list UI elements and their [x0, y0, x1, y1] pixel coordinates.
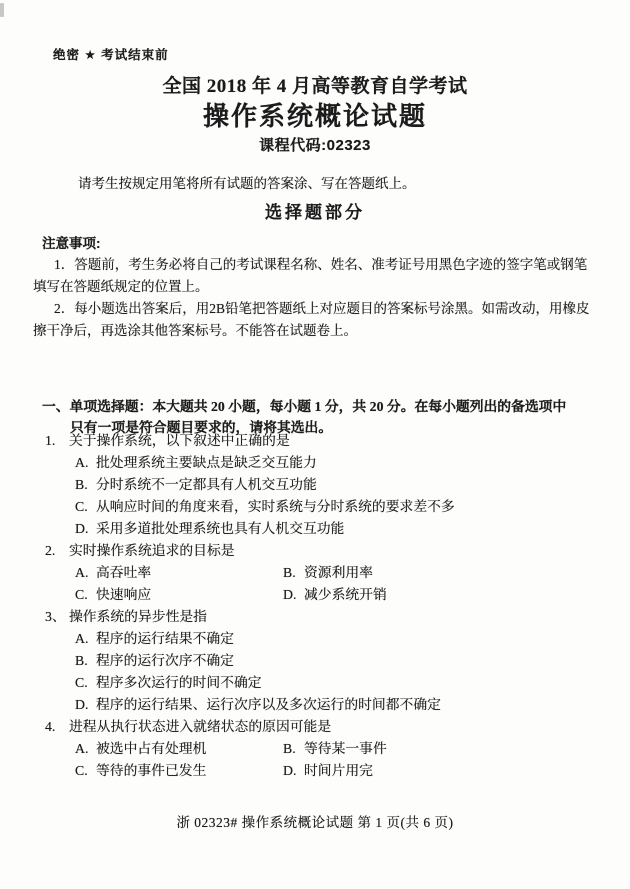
question-text: 操作系统的异步性是指 [69, 609, 207, 624]
question-text: 进程从执行状态进入就绪状态的原因可能是 [69, 719, 331, 734]
question-number: 1. [45, 430, 69, 452]
note-item: 2．每小题选出答案后，用2B铅笔把答题纸上对应题目的答案标号涂黑。如需改动，用橡… [33, 298, 595, 342]
page-footer: 浙 02323# 操作系统概论试题 第 1 页(共 6 页) [0, 811, 630, 831]
secrecy-label: 绝密 ★ 考试结束前 [53, 45, 169, 63]
part-title: 选择题部分 [0, 198, 630, 223]
option-text: 被选中占有处理机 [96, 741, 206, 756]
exam-paper-page: 绝密 ★ 考试结束前 全国 2018 年 4 月高等教育自学考试 操作系统概论试… [0, 0, 630, 889]
option: A.程序的运行结果不确定 [0, 628, 630, 650]
option-text: 程序的运行结果不确定 [96, 631, 234, 646]
option-text: 快速响应 [96, 587, 151, 602]
option-text: 高吞吐率 [96, 565, 151, 580]
option-label: C. [75, 584, 96, 606]
option-label: D. [283, 760, 304, 782]
notes-block: 1．答题前，考生务必将自己的考试课程名称、姓名、准考证号用黑色字迹的签字笔或钢笔… [33, 254, 595, 342]
option: D.时间片用完 [283, 760, 373, 782]
question-stem: 2.实时操作系统追求的目标是 [0, 540, 630, 562]
option-label: A. [75, 452, 96, 474]
option-label: D. [75, 518, 96, 540]
option: C.从响应时间的角度来看，实时系统与分时系统的要求差不多 [0, 496, 630, 518]
note-item: 1．答题前，考生务必将自己的考试课程名称、姓名、准考证号用黑色字迹的签字笔或钢笔… [33, 254, 595, 298]
option: B.资源利用率 [283, 562, 373, 584]
option: C.快速响应 [75, 584, 283, 606]
option-text: 资源利用率 [304, 565, 373, 580]
option-label: C. [75, 672, 96, 694]
option-text: 减少系统开销 [304, 587, 387, 602]
option: B.分时系统不一定都具有人机交互功能 [0, 474, 630, 496]
option: C.等待的事件已发生 [75, 760, 283, 782]
option-text: 等待某一事件 [304, 741, 387, 756]
option-row: C.快速响应 D.减少系统开销 [0, 584, 630, 606]
option-text: 程序的运行次序不确定 [96, 653, 234, 668]
option: D.程序的运行结果、运行次序以及多次运行的时间都不确定 [0, 694, 630, 716]
option-label: B. [283, 738, 304, 760]
option-label: C. [75, 496, 96, 518]
option-row: A.高吞吐率 B.资源利用率 [0, 562, 630, 584]
option-text: 等待的事件已发生 [96, 763, 206, 778]
option-label: C. [75, 760, 96, 782]
scan-artifact [0, 3, 4, 17]
option-text: 批处理系统主要缺点是缺乏交互能力 [96, 455, 317, 470]
course-code: 课程代码:02323 [0, 134, 630, 155]
exam-title-line2: 操作系统概论试题 [0, 96, 630, 133]
section-heading-line1: 一、单项选择题：本大题共 20 小题，每小题 1 分，共 20 分。在每小题列出… [0, 396, 630, 417]
question-text: 实时操作系统追求的目标是 [69, 543, 235, 558]
option-label: A. [75, 628, 96, 650]
option-label: B. [75, 474, 96, 496]
notes-heading: 注意事项: [42, 232, 101, 252]
option-label: D. [283, 584, 304, 606]
option-label: D. [75, 694, 96, 716]
option-row: C.等待的事件已发生 D.时间片用完 [0, 760, 630, 782]
questions-list: 1.关于操作系统，以下叙述中正确的是 A.批处理系统主要缺点是缺乏交互能力 B.… [0, 430, 630, 782]
option-text: 从响应时间的角度来看，实时系统与分时系统的要求差不多 [96, 499, 455, 514]
question-number: 3、 [45, 606, 69, 628]
option: D.减少系统开销 [283, 584, 387, 606]
option: A.被选中占有处理机 [75, 738, 283, 760]
option-row: A.被选中占有处理机 B.等待某一事件 [0, 738, 630, 760]
question-number: 4. [45, 716, 69, 738]
question-stem: 1.关于操作系统，以下叙述中正确的是 [0, 430, 630, 452]
option-label: A. [75, 562, 96, 584]
option-label: B. [283, 562, 304, 584]
option-text: 程序多次运行的时间不确定 [96, 675, 262, 690]
answer-sheet-instruction: 请考生按规定用笔将所有试题的答案涂、写在答题纸上。 [78, 172, 416, 192]
option: B.程序的运行次序不确定 [0, 650, 630, 672]
question-stem: 4.进程从执行状态进入就绪状态的原因可能是 [0, 716, 630, 738]
option-text: 分时系统不一定都具有人机交互功能 [96, 477, 317, 492]
option: A.批处理系统主要缺点是缺乏交互能力 [0, 452, 630, 474]
option-label: A. [75, 738, 96, 760]
question-number: 2. [45, 540, 69, 562]
option: A.高吞吐率 [75, 562, 283, 584]
option: D.采用多道批处理系统也具有人机交互功能 [0, 518, 630, 540]
question-stem: 3、操作系统的异步性是指 [0, 606, 630, 628]
option: C.程序多次运行的时间不确定 [0, 672, 630, 694]
option-label: B. [75, 650, 96, 672]
option-text: 时间片用完 [304, 763, 373, 778]
exam-title-line1: 全国 2018 年 4 月高等教育自学考试 [0, 71, 630, 98]
option: B.等待某一事件 [283, 738, 387, 760]
option-text: 采用多道批处理系统也具有人机交互功能 [96, 521, 344, 536]
option-text: 程序的运行结果、运行次序以及多次运行的时间都不确定 [96, 697, 441, 712]
question-text: 关于操作系统，以下叙述中正确的是 [69, 433, 290, 448]
